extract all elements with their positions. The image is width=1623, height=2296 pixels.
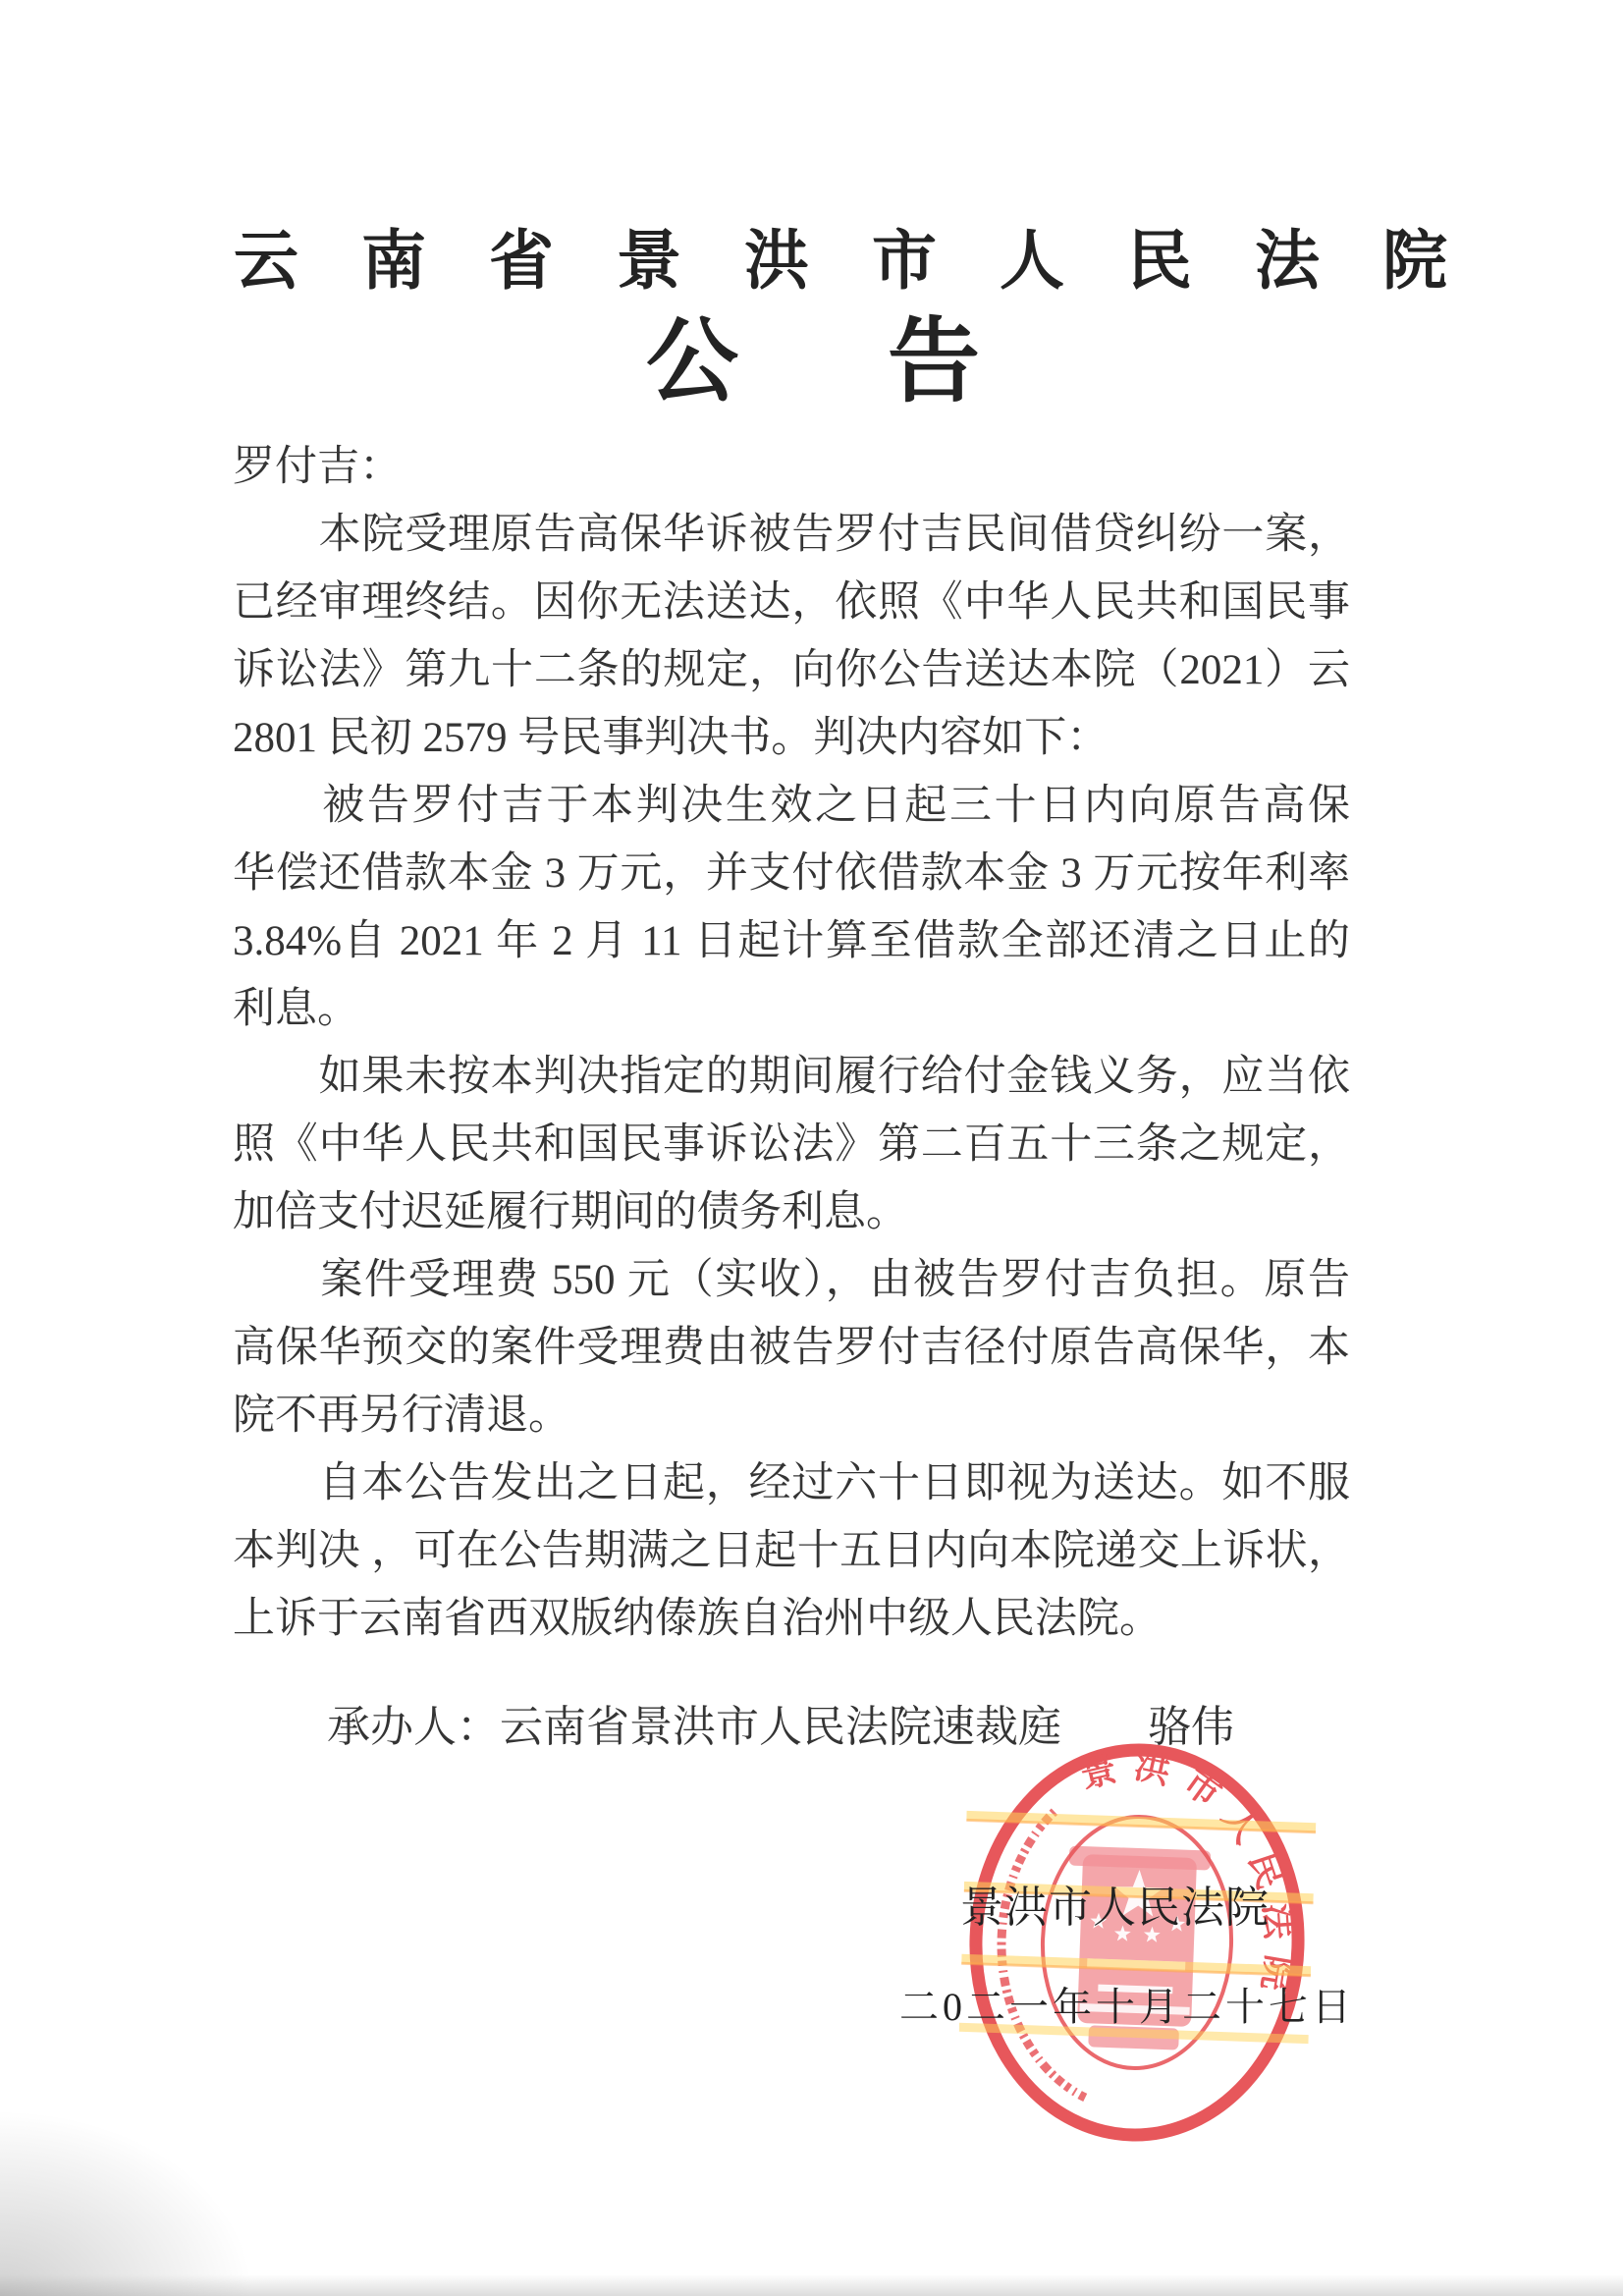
body-line: 罗付吉：	[233, 433, 1350, 501]
announcement-body: 罗付吉： 本院受理原告高保华诉被告罗付吉民间借贷纠纷一案，已经审理终结。因你无法…	[233, 433, 1350, 1653]
doc-type-title: 公告	[646, 287, 1129, 419]
body-line: 本判决 ，可在公告期满之日起十五日内向本院递交上诉状，	[233, 1517, 1350, 1585]
body-line: 已经审理终结。因你无法送达，依照《中华人民共和国民事	[233, 569, 1350, 636]
body-line: 上诉于云南省西双版纳傣族自治州中级人民法院。	[233, 1585, 1350, 1653]
body-line: 照《中华人民共和国民事诉讼法》第二百五十三条之规定，	[233, 1111, 1350, 1178]
official-seal-icon: 景洪市人民法院	[955, 1734, 1319, 2151]
body-line: 华偿还借款本金 3 万元，并支付依借款本金 3 万元按年利率	[233, 840, 1350, 907]
body-line: 利息。	[233, 975, 1350, 1043]
body-line: 加倍支付迟延履行期间的债务利息。	[233, 1178, 1350, 1246]
signature-date: 二0二一年十月二十七日	[899, 1976, 1355, 2032]
body-line: 诉讼法》第九十二条的规定，向你公告送达本院（2021）云	[233, 636, 1350, 704]
body-line: 院不再另行清退。	[233, 1382, 1350, 1449]
document-page: 云南省景洪市人民法院 公告 罗付吉： 本院受理原告高保华诉被告罗付吉民间借贷纠纷…	[0, 0, 1623, 2296]
page-corner-shadow	[0, 2109, 255, 2296]
body-line: 案件受理费 550 元（实收），由被告罗付吉负担。原告	[233, 1246, 1350, 1314]
body-line: 本院受理原告高保华诉被告罗付吉民间借贷纠纷一案，	[233, 501, 1350, 569]
signature-court-name: 景洪市人民法院	[960, 1872, 1270, 1935]
body-line: 被告罗付吉于本判决生效之日起三十日内向原告高保	[233, 772, 1350, 840]
body-line: 高保华预交的案件受理费由被告罗付吉径付原告高保华，本	[233, 1314, 1350, 1382]
body-line: 自本公告发出之日起，经过六十日即视为送达。如不服	[233, 1449, 1350, 1517]
body-line: 3.84%自 2021 年 2 月 11 日起计算至借款全部还清之日止的	[233, 907, 1350, 975]
body-line: 2801 民初 2579 号民事判决书。判决内容如下：	[233, 704, 1350, 772]
page-bottom-shadow	[0, 2274, 1623, 2296]
body-line: 如果未按本判决指定的期间履行给付金钱义务，应当依	[233, 1043, 1350, 1111]
